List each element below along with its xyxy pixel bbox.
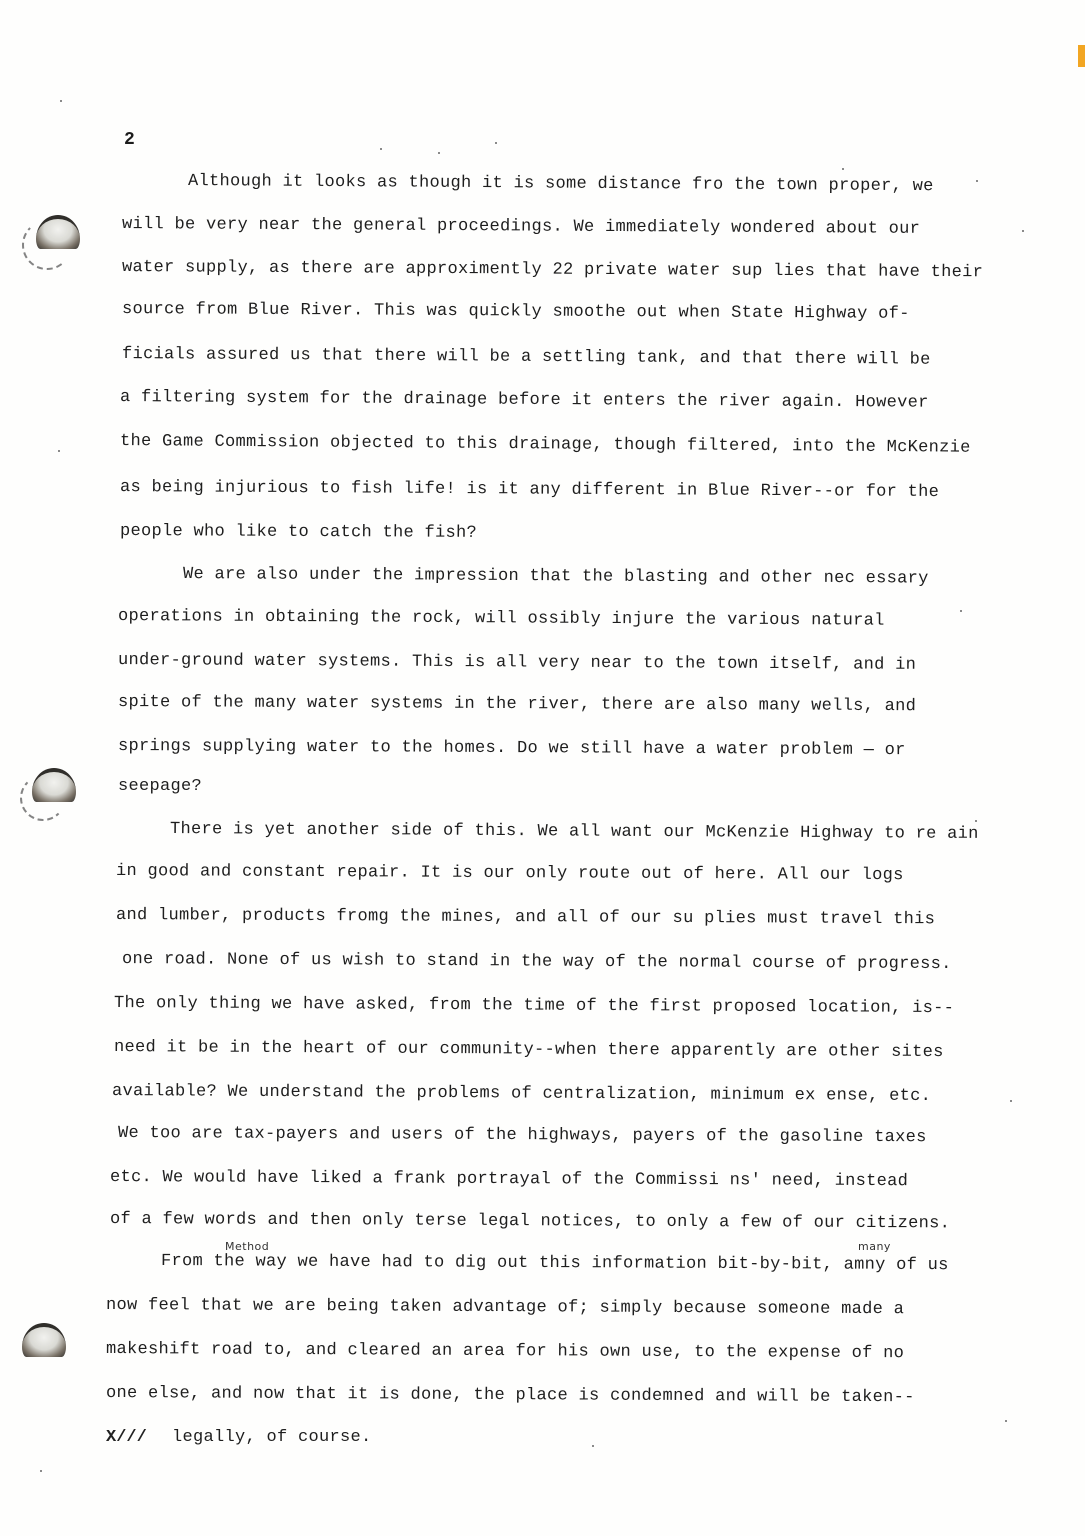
text-line: legally, of course. — [172, 1428, 372, 1447]
text-line: of a few words and then only terse legal… — [110, 1210, 950, 1233]
text-line: the Game Commission objected to this dra… — [120, 432, 971, 458]
text-line: From the way we have had to dig out this… — [161, 1252, 949, 1275]
handwritten-annotation: Method — [225, 1240, 269, 1253]
text-line: as being injurious to fish life! is it a… — [120, 478, 939, 502]
text-line: We too are tax-payers and users of the h… — [118, 1124, 927, 1147]
text-line: now feel that we are being taken advanta… — [106, 1296, 904, 1319]
text-line: water supply, as there are approximently… — [122, 258, 983, 282]
text-line: spite of the many water systems in the r… — [118, 693, 916, 716]
text-line: and lumber, products fromg the mines, an… — [116, 906, 935, 929]
text-line: a filtering system for the drainage befo… — [120, 388, 929, 413]
page-edge-tab — [1078, 45, 1085, 67]
text-line: under-ground water systems. This is all … — [118, 651, 916, 675]
text-line: makeshift road to, and cleared an area f… — [106, 1340, 904, 1363]
text-line: We are also under the impression that th… — [183, 565, 929, 589]
punch-hole-bottom — [22, 1323, 66, 1357]
text-line: in good and constant repair. It is our o… — [116, 862, 904, 885]
text-line: available? We understand the problems of… — [112, 1082, 931, 1106]
struck-out-text: X/// — [106, 1428, 147, 1447]
text-line: one else, and now that it is done, the p… — [106, 1384, 915, 1407]
handwritten-annotation: many — [858, 1240, 891, 1253]
page-number: 2 — [124, 130, 135, 150]
text-line: springs supplying water to the homes. Do… — [118, 737, 906, 760]
punch-hole-ring-top — [22, 220, 72, 270]
text-line: The only thing we have asked, from the t… — [114, 994, 954, 1018]
text-line: source from Blue River. This was quickly… — [122, 300, 910, 324]
text-line: etc. We would have liked a frank portray… — [110, 1168, 908, 1191]
text-line: Although it looks as though it is some d… — [188, 172, 934, 196]
text-line: people who like to catch the fish? — [120, 522, 477, 543]
text-line: one road. None of us wish to stand in th… — [122, 950, 952, 974]
punch-hole-ring-middle — [20, 775, 66, 821]
text-line: seepage? — [118, 777, 202, 796]
text-line: will be very near the general proceeding… — [122, 215, 920, 239]
text-line: need it be in the heart of our community… — [114, 1038, 944, 1062]
text-line: ficials assured us that there will be a … — [122, 345, 931, 370]
text-line: operations in obtaining the rock, will o… — [118, 607, 885, 631]
text-line: There is yet another side of this. We al… — [170, 820, 979, 844]
document-page: 2 Although it looks as though it is some… — [0, 0, 1085, 1536]
